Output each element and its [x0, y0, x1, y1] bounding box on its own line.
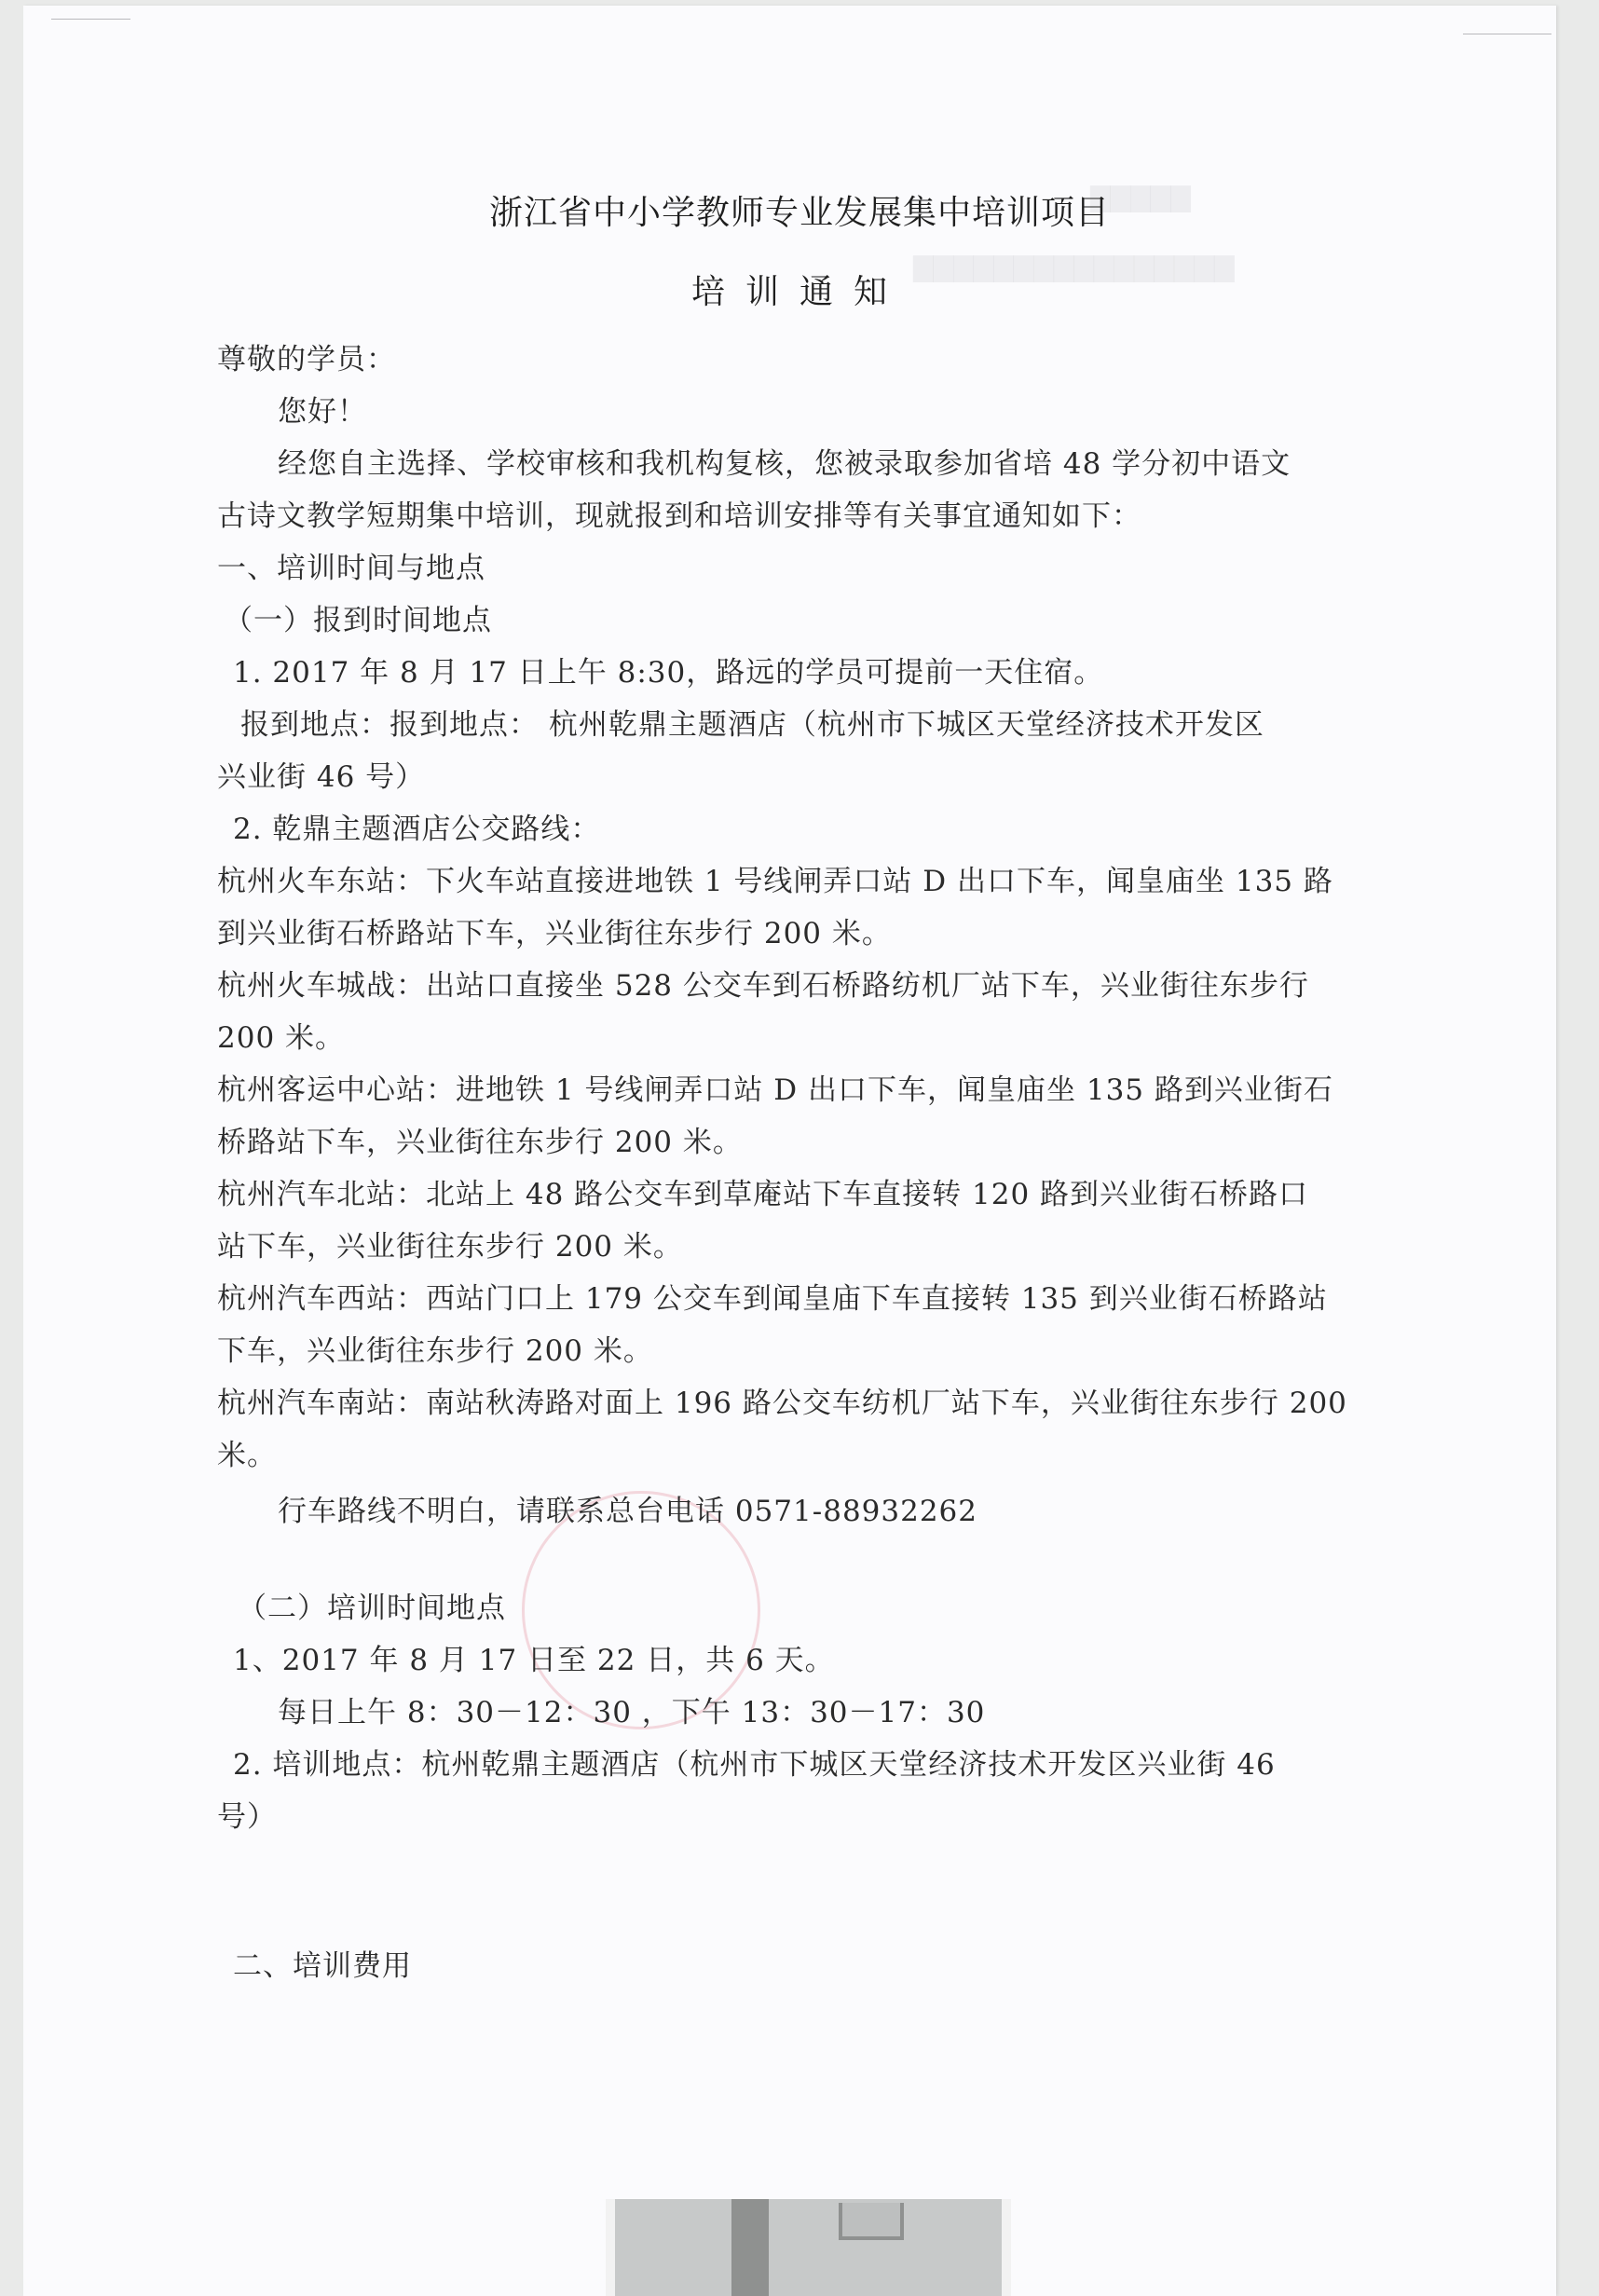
route-line: 200 米。: [217, 1019, 345, 1057]
route-line: 杭州火车城战：出站口直接坐 528 公交车到石桥路纺机厂站下车，兴业街往东步行: [217, 967, 1309, 1004]
section-2-heading: 二、培训费用: [233, 1947, 412, 1985]
route-line: 到兴业街石桥路站下车，兴业街往东步行 200 米。: [217, 915, 892, 952]
registration-time: 1. 2017 年 8 月 17 日上午 8:30，路远的学员可提前一天住宿。: [233, 654, 1103, 691]
route-line: 杭州汽车南站：南站秋涛路对面上 196 路公交车纺机厂站下车，兴业街往东步行 2…: [217, 1385, 1347, 1422]
picture-frame-icon: [839, 2203, 904, 2240]
scan-artifact-line: [51, 19, 130, 20]
registration-location-1: 报到地点：报到地点： 杭州乾鼎主题酒店（杭州市下城区天堂经济技术开发区: [240, 706, 1264, 744]
route-line: 站下车，兴业街往东步行 200 米。: [217, 1228, 683, 1265]
intro-line-1: 经您自主选择、学校审核和我机构复核，您被录取参加省培 48 学分初中语文: [278, 445, 1291, 483]
route-line: 桥路站下车，兴业街往东步行 200 米。: [217, 1124, 743, 1161]
contact-phone: 行车路线不明白，请联系总台电话 0571-88932262: [278, 1493, 977, 1530]
subsection-2-heading: （二）培训时间地点: [238, 1590, 506, 1627]
scanner-device-edge: [606, 2199, 1011, 2296]
route-line: 米。: [217, 1437, 277, 1474]
training-location-1: 2. 培训地点：杭州乾鼎主题酒店（杭州市下城区天堂经济技术开发区兴业街 46: [233, 1746, 1276, 1783]
route-line: 杭州客运中心站：进地铁 1 号线闸弄口站 D 出口下车，闻皇庙坐 135 路到兴…: [217, 1072, 1333, 1109]
subsection-1-heading: （一）报到时间地点: [224, 602, 492, 639]
training-location-2: 号）: [217, 1798, 277, 1836]
route-line: 杭州汽车北站：北站上 48 路公交车到草庵站下车直接转 120 路到兴业街石桥路…: [217, 1176, 1308, 1213]
registration-location-2: 兴业街 46 号）: [217, 758, 425, 796]
greeting: 您好！: [278, 393, 367, 430]
document-subtitle: 培训通知: [0, 266, 1599, 313]
route-line: 下车，兴业街往东步行 200 米。: [217, 1332, 653, 1370]
film-strip-icon: [731, 2199, 769, 2296]
section-1-heading: 一、培训时间与地点: [217, 550, 485, 587]
intro-line-2: 古诗文教学短期集中培训，现就报到和培训安排等有关事宜通知如下：: [217, 498, 1141, 535]
training-dates: 1、2017 年 8 月 17 日至 22 日，共 6 天。: [233, 1642, 835, 1679]
salutation: 尊敬的学员：: [217, 341, 396, 378]
route-line: 杭州火车东站：下火车站直接进地铁 1 号线闸弄口站 D 出口下车，闻皇庙坐 13…: [217, 863, 1333, 900]
document-title: 浙江省中小学教师专业发展集中培训项目: [0, 186, 1599, 234]
bus-routes-heading: 2. 乾鼎主题酒店公交路线：: [233, 811, 600, 848]
route-line: 杭州汽车西站：西站门口上 179 公交车到闻皇庙下车直接转 135 到兴业街石桥…: [217, 1280, 1328, 1318]
scan-artifact-line: [1463, 34, 1551, 34]
daily-schedule: 每日上午 8：30－12：30 ，下午 13：30－17：30: [278, 1694, 985, 1731]
